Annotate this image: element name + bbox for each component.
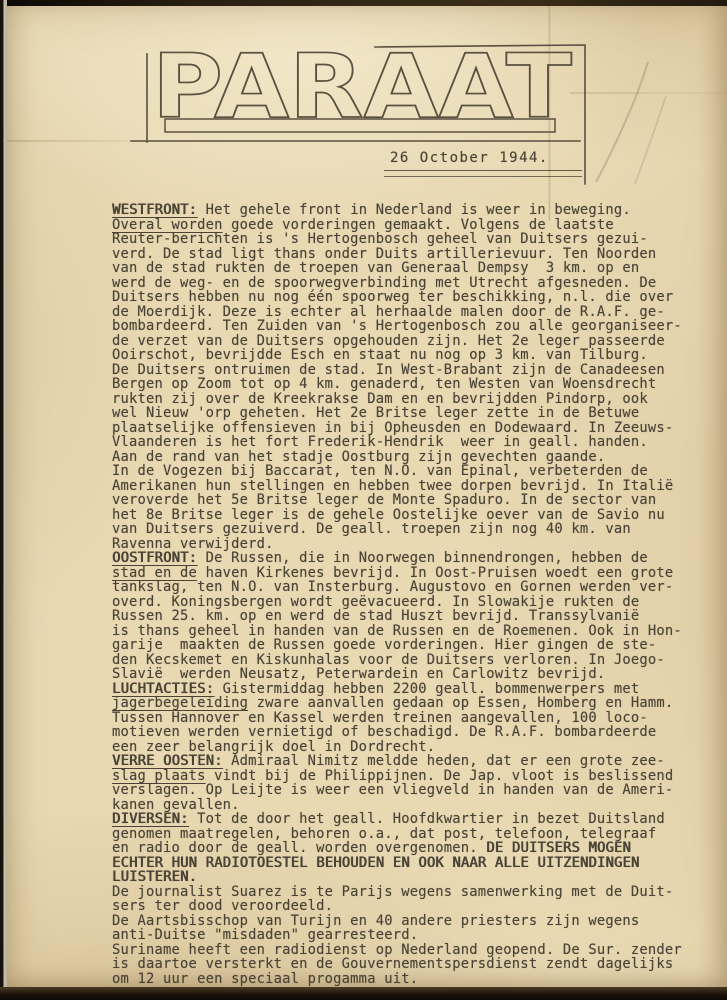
text-line: OOSTFRONT: De Russen, die in Noorwegen b… [112,551,682,566]
text-line: Ravenna verwijderd. [112,537,682,552]
text-line: en radio door de geall. worden overgenom… [112,841,682,856]
text-line: jagerbegeleiding zware aanvallen gedaan … [112,696,682,711]
scan-edge-bottom [0,987,727,1000]
text-line: Vlaanderen is het fort Frederik-Hendrik … [112,435,682,450]
text-line: is daartoe versterkt en de Gouvernements… [112,957,682,972]
text-line: De journalist Suarez is te Parijs wegens… [112,885,682,900]
text-line: veroverde het 5e Britse leger de Monte S… [112,493,682,508]
text-line: overd. Koningsbergen wordt geëvacueerd. … [112,595,682,610]
text-line: genomen maatregelen, behoren o.a., dat p… [112,827,682,842]
text-line: Ooirschot, bevrijdde Esch en staat nu no… [112,348,682,363]
text-line: het 8e Britse leger is de gehele Oosteli… [112,508,682,523]
text-line: Overal worden goede vorderingen gemaakt.… [112,218,682,233]
text-segment: om 12 uur een speciaal progamma uit. [112,971,418,987]
text-line: ECHTER HUN RADIOTOESTEL BEHOUDEN EN OOK … [112,856,682,871]
text-line: werd de weg- en de spoorwegverbinding me… [112,276,682,291]
text-line: WESTFRONT: Het gehele front in Nederland… [112,203,682,218]
text-line: Amerikanen hun stellingen en hebben twee… [112,479,682,494]
text-line: Duitsers hebben nu nog één spoorweg ter … [112,290,682,305]
text-line: tankslag, ten N.O. van Insterburg. Augus… [112,580,682,595]
text-line: van Duitsers gezuiverd. De geall. troepe… [112,522,682,537]
text-line: stad en de haven Kirkenes bevrijd. In Oo… [112,566,682,581]
logo-title-text: PARAAT [152,38,572,138]
document-body: WESTFRONT: Het gehele front in Nederland… [112,203,682,986]
text-line: De Aartsbisschop van Turijn en 40 andere… [112,914,682,929]
text-line: Slavië werden Neusatz, Peterwardein en C… [112,667,682,682]
text-line: den Kecskemet en Kiskunhalas voor de Dui… [112,653,682,668]
text-line: de verzet van de Duitsers opgehouden zij… [112,334,682,349]
text-line: bombardeerd. Ten Zuiden van 's Hertogenb… [112,319,682,334]
text-line: de Moerdijk. Deze is echter al herhaalde… [112,305,682,320]
horizontal-fold-crease-right [570,92,727,94]
text-line: slag plaats vindt bij de Philippijnen. D… [112,769,682,784]
text-line: kanen gevallen. [112,798,682,813]
text-line: plaatselijke offensieven in bij Opheusde… [112,421,682,436]
text-line: verd. De stad ligt thans onder Duits art… [112,247,682,262]
text-line: is thans geheel in handen van de Russen … [112,624,682,639]
text-line: motieven werden vernietigd of beschadigd… [112,725,682,740]
text-line: In de Vogezen bij Baccarat, ten N.O. van… [112,464,682,479]
text-line: Aan de rand van het stadje Oostburg zijn… [112,450,682,465]
text-line: rukten zij over de Kreekrakse Dam en en … [112,392,682,407]
text-line: Bergen op Zoom tot op 4 km. genaderd, te… [112,377,682,392]
text-line: van de stad rukten de troepen van Genera… [112,261,682,276]
text-line: garije maakten de Russen goede vordering… [112,638,682,653]
text-line: Tussen Hannover en Kassel werden treinen… [112,711,682,726]
scan-edge-left [0,0,7,1000]
text-line: LUISTEREN. [112,870,682,885]
text-line: LUCHTACTIES: Gistermiddag hebben 2200 ge… [112,682,682,697]
text-line: Suriname heeft een radiodienst op Nederl… [112,943,682,958]
text-line: sers ter dood veroordeeld. [112,899,682,914]
text-line: wel Nieuw 'orp geheten. Het 2e Britse le… [112,406,682,421]
scan-edge-top [0,0,727,6]
text-line: verslagen. Op Leijte is weer een vliegve… [112,783,682,798]
text-line: De Duitsers ontruimen de stad. In West-B… [112,363,682,378]
text-line: een zeer belangrijk doel in Dordrecht. [112,740,682,755]
text-line: Reuter-berichten is 's Hertogenbosch geh… [112,232,682,247]
text-line: Russen 25. km. op en werd de stad Huszt … [112,609,682,624]
issue-date: 26 October 1944. [390,150,549,166]
text-line: DIVERSEN: Tot de door het geall. Hoofdkw… [112,812,682,827]
text-line: anti-Duitse "misdaden" gearresteerd. [112,928,682,943]
scanned-page: PARAAT 26 October 1944. WESTFRONT: Het g… [0,0,727,1000]
text-line: VERRE OOSTEN: Admiraal Nimitz meldde hed… [112,754,682,769]
text-line: om 12 uur een speciaal progamma uit. [112,972,682,987]
date-double-underline [384,170,582,177]
